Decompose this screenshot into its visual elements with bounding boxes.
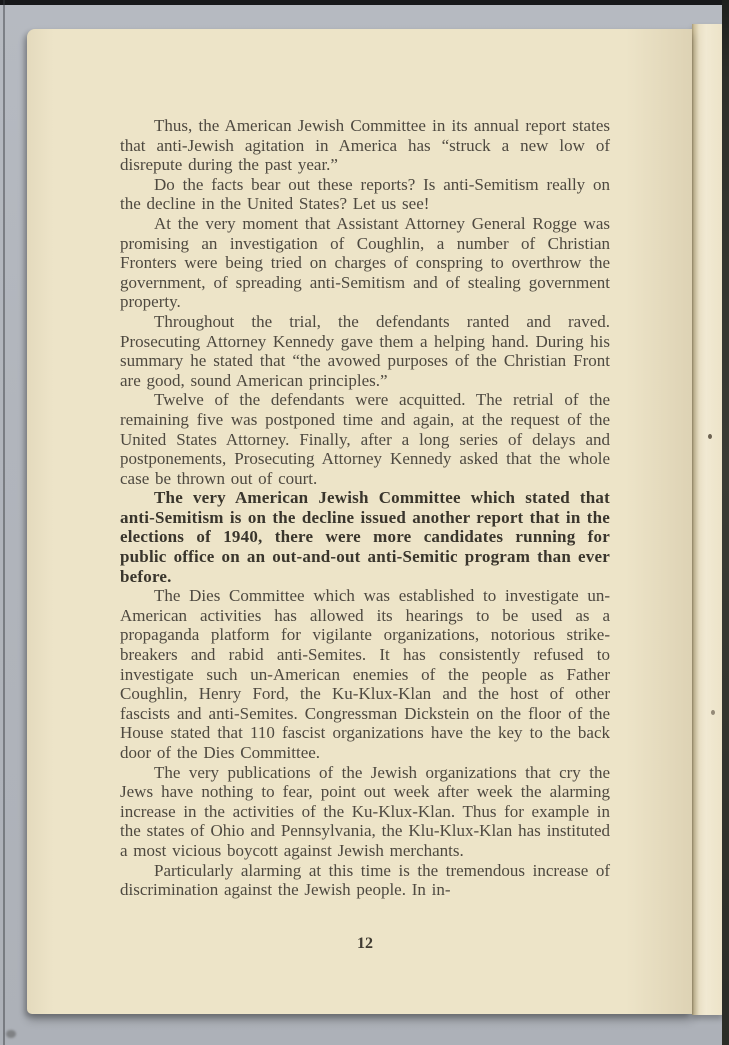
- scan-right-edge: [722, 0, 729, 1045]
- paragraph: Do the facts bear out these reports? Is …: [120, 175, 610, 214]
- page-number: 12: [120, 935, 610, 953]
- paragraph-bold: The very American Jewish Committee which…: [120, 488, 610, 586]
- scan-smudge: [6, 1030, 16, 1038]
- paragraph: The Dies Committee which was established…: [120, 586, 610, 762]
- paragraph: Particularly alarming at this time is th…: [120, 861, 610, 900]
- scan-top-edge: [0, 0, 729, 5]
- paragraph: The very publications of the Jewish orga…: [120, 763, 610, 861]
- page-edge-speck: [708, 434, 712, 439]
- scan-left-edge: [3, 0, 5, 1045]
- book-page: Thus, the American Jewish Committee in i…: [27, 29, 692, 1014]
- paragraph: Throughout the trial, the defendants ran…: [120, 312, 610, 390]
- paragraph: Thus, the American Jewish Committee in i…: [120, 116, 610, 175]
- paragraph: At the very moment that Assistant Attorn…: [120, 214, 610, 312]
- page-text-block: Thus, the American Jewish Committee in i…: [120, 116, 610, 900]
- paragraph: Twelve of the defendants were acquitted.…: [120, 390, 610, 488]
- scan-background: Thus, the American Jewish Committee in i…: [0, 0, 729, 1045]
- next-page-edge: [692, 24, 723, 1015]
- page-edge-speck: [711, 710, 715, 715]
